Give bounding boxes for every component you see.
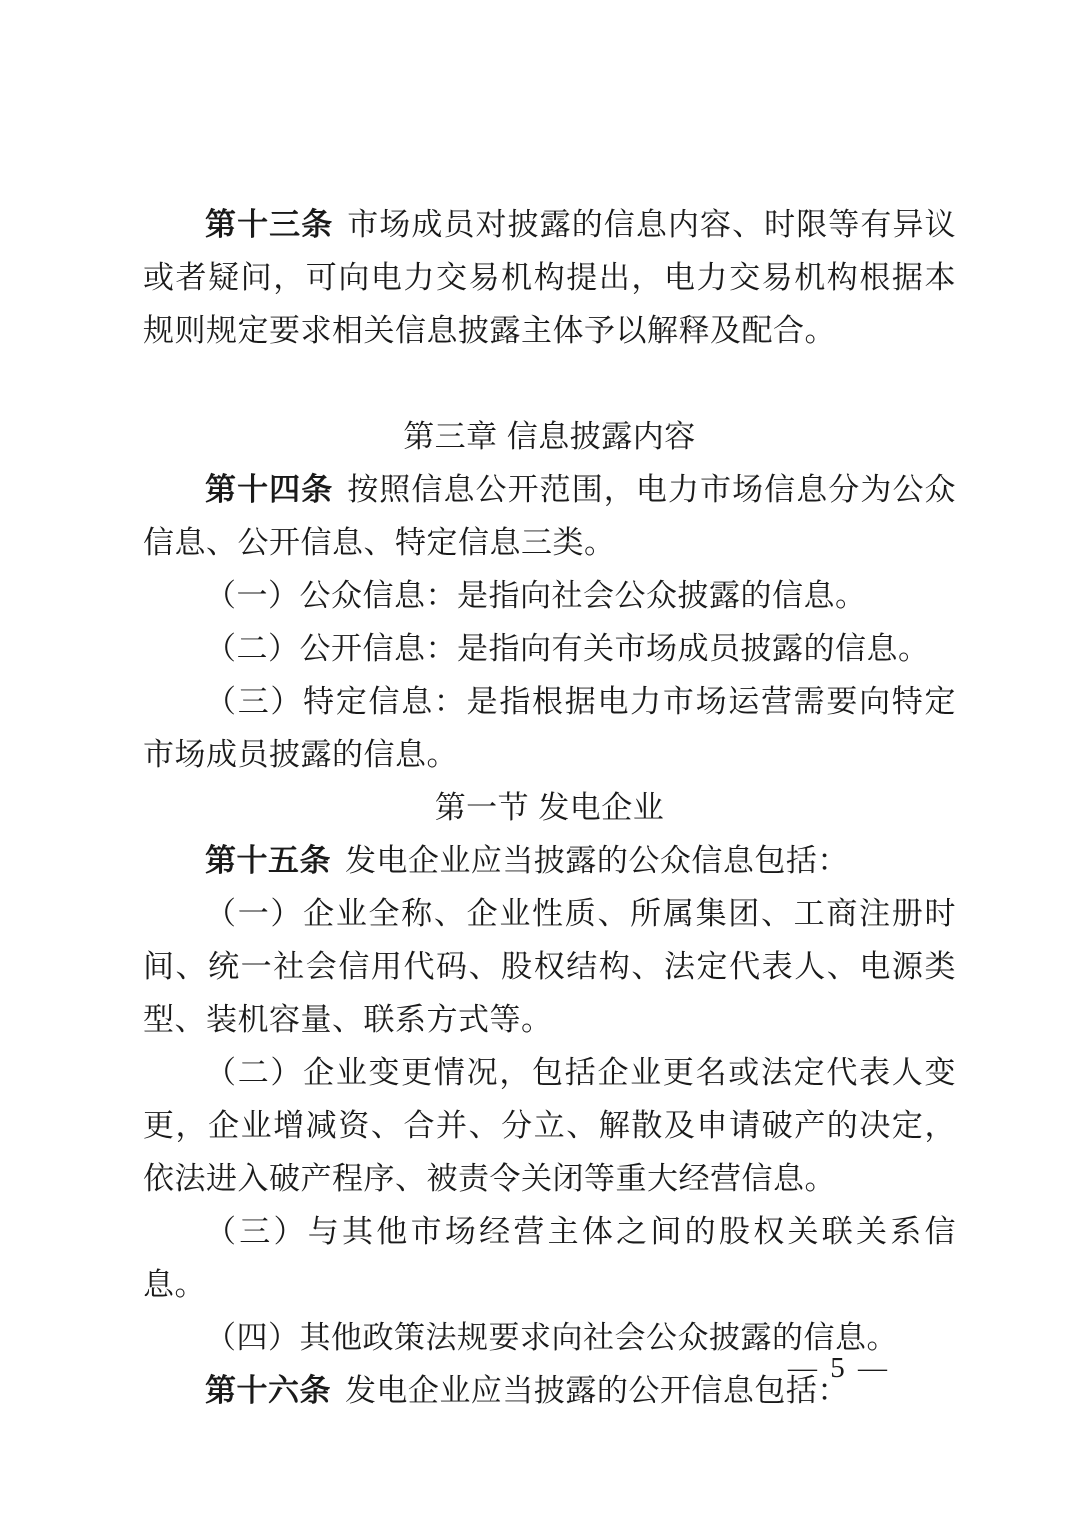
article-15-item-1: （一）企业全称、企业性质、所属集团、工商注册时间、统一社会信用代码、股权结构、法… xyxy=(143,887,956,1046)
article-13-paragraph: 第十三条市场成员对披露的信息内容、时限等有异议或者疑问，可向电力交易机构提出，电… xyxy=(143,198,956,357)
article-15-number: 第十五条 xyxy=(205,843,331,878)
article-15-item-3: （三）与其他市场经营主体之间的股权关联关系信息。 xyxy=(143,1205,956,1311)
article-14-paragraph: 第十四条按照信息公开范围，电力市场信息分为公众信息、公开信息、特定信息三类。 xyxy=(143,463,956,569)
section-1-heading: 第一节 发电企业 xyxy=(143,781,956,834)
article-15-item-2: （二）企业变更情况，包括企业更名或法定代表人变更，企业增减资、合并、分立、解散及… xyxy=(143,1046,956,1205)
document-body: 第十三条市场成员对披露的信息内容、时限等有异议或者疑问，可向电力交易机构提出，电… xyxy=(143,198,956,1417)
article-14-number: 第十四条 xyxy=(205,472,333,507)
page-footer: — 5 — xyxy=(0,1348,1080,1388)
document-page: 第十三条市场成员对披露的信息内容、时限等有异议或者疑问，可向电力交易机构提出，电… xyxy=(0,0,1080,1527)
chapter-3-heading: 第三章 信息披露内容 xyxy=(143,410,956,463)
article-14-item-3: （三）特定信息：是指根据电力市场运营需要向特定市场成员披露的信息。 xyxy=(143,675,956,781)
page-number: — 5 — xyxy=(788,1352,887,1384)
article-15-text: 发电企业应当披露的公众信息包括： xyxy=(345,843,849,878)
article-14-item-1: （一）公众信息：是指向社会公众披露的信息。 xyxy=(143,569,956,622)
article-13-number: 第十三条 xyxy=(205,207,333,242)
article-14-item-2: （二）公开信息：是指向有关市场成员披露的信息。 xyxy=(143,622,956,675)
article-15-paragraph: 第十五条发电企业应当披露的公众信息包括： xyxy=(143,834,956,887)
